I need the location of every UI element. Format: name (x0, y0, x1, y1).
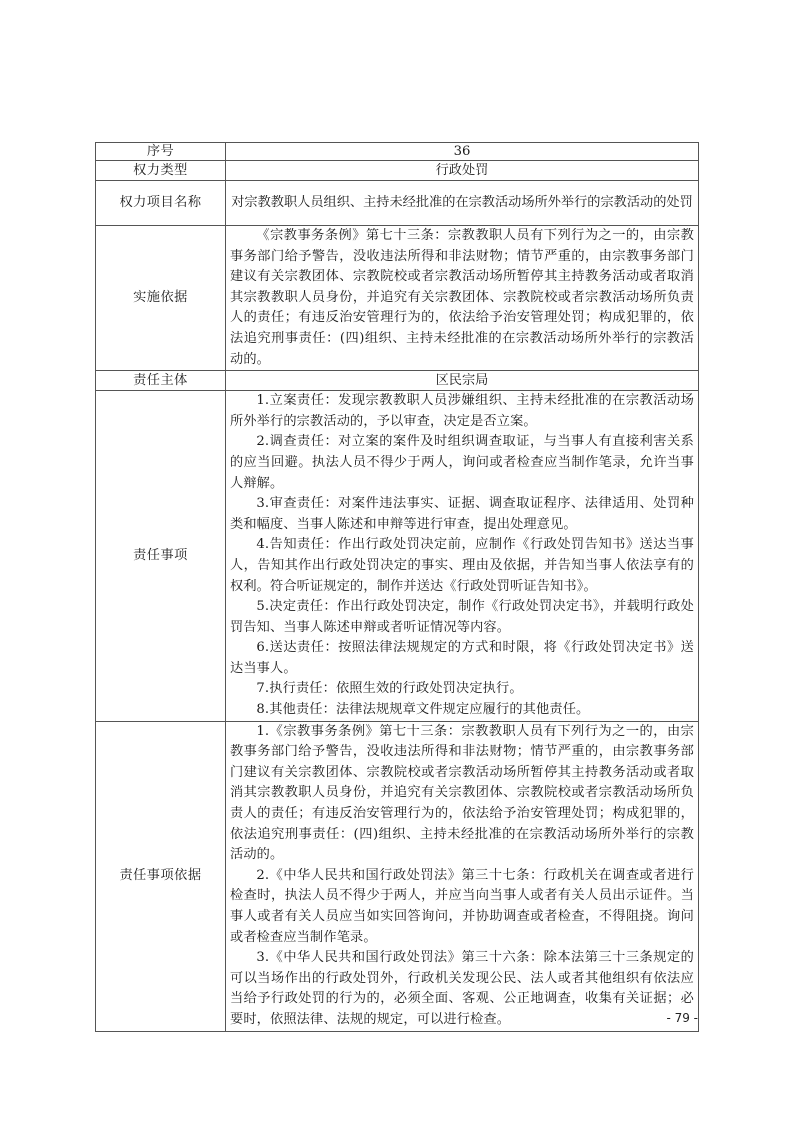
table-row-basis: 实施依据 《宗教事务条例》第七十三条：宗教教职人员有下列行为之一的，由宗教事务部… (96, 226, 699, 371)
basis-paragraph: 《宗教事务条例》第七十三条：宗教教职人员有下列行为之一的，由宗教事务部门给予警告… (230, 226, 694, 370)
table-row-duty-basis: 责任事项依据 1.《宗教事务条例》第七十三条：宗教教职人员有下列行为之一的，由宗… (96, 721, 699, 1031)
duty-item: 8.其他责任：法律法规规章文件规定应履行的其他责任。 (230, 700, 694, 721)
table-row-power-type: 权力类型 行政处罚 (96, 161, 699, 181)
power-type-value: 行政处罚 (226, 161, 699, 181)
basis-label: 实施依据 (96, 226, 226, 371)
duty-basis-label: 责任事项依据 (96, 721, 226, 1031)
duty-item: 2.调查责任：对立案的案件及时组织调查取证，与当事人有直接利害关系的应当回避。执… (230, 432, 694, 494)
item-name-label: 权力项目名称 (96, 181, 226, 226)
power-type-label: 权力类型 (96, 161, 226, 181)
power-item-table: 序号 36 权力类型 行政处罚 权力项目名称 对宗教教职人员组织、主持未经批准的… (95, 142, 699, 1032)
seq-value: 36 (226, 143, 699, 161)
page-number: - 79 - (666, 1011, 698, 1025)
duty-item: 1.立案责任：发现宗教教职人员涉嫌组织、主持未经批准的在宗教活动场所外举行的宗教… (230, 391, 694, 432)
duty-item: 6.送达责任：按照法律法规规定的方式和时限，将《行政处罚决定书》送达当事人。 (230, 638, 694, 679)
duties-label: 责任事项 (96, 391, 226, 722)
duty-item: 4.告知责任：作出行政处罚决定前，应制作《行政处罚告知书》送达当事人，告知其作出… (230, 535, 694, 597)
duty-item: 5.决定责任：作出行政处罚决定，制作《行政处罚决定书》，并载明行政处罚告知、当事… (230, 597, 694, 638)
duty-basis-item: 2.《中华人民共和国行政处罚法》第三十七条：行政机关在调查或者进行检查时，执法人… (230, 866, 694, 948)
duty-basis-value: 1.《宗教事务条例》第七十三条：宗教教职人员有下列行为之一的，由宗教事务部门给予… (226, 721, 699, 1031)
duty-basis-item: 1.《宗教事务条例》第七十三条：宗教教职人员有下列行为之一的，由宗教事务部门给予… (230, 722, 694, 866)
document-page: 序号 36 权力类型 行政处罚 权力项目名称 对宗教教职人员组织、主持未经批准的… (0, 0, 793, 1122)
table-row-seq: 序号 36 (96, 143, 699, 161)
table-row-subject: 责任主体 区民宗局 (96, 371, 699, 391)
seq-label: 序号 (96, 143, 226, 161)
duty-basis-item: 3.《中华人民共和国行政处罚法》第三十六条：除本法第三十三条规定的可以当场作出的… (230, 948, 694, 1030)
duty-item: 3.审查责任：对案件违法事实、证据、调查取证程序、法律适用、处罚种类和幅度、当事… (230, 494, 694, 535)
duties-value: 1.立案责任：发现宗教教职人员涉嫌组织、主持未经批准的在宗教活动场所外举行的宗教… (226, 391, 699, 722)
subject-label: 责任主体 (96, 371, 226, 391)
basis-value: 《宗教事务条例》第七十三条：宗教教职人员有下列行为之一的，由宗教事务部门给予警告… (226, 226, 699, 371)
table-row-item-name: 权力项目名称 对宗教教职人员组织、主持未经批准的在宗教活动场所外举行的宗教活动的… (96, 181, 699, 226)
table-row-duties: 责任事项 1.立案责任：发现宗教教职人员涉嫌组织、主持未经批准的在宗教活动场所外… (96, 391, 699, 722)
item-name-value: 对宗教教职人员组织、主持未经批准的在宗教活动场所外举行的宗教活动的处罚 (226, 181, 699, 226)
subject-value: 区民宗局 (226, 371, 699, 391)
duty-item: 7.执行责任：依照生效的行政处罚决定执行。 (230, 679, 694, 700)
